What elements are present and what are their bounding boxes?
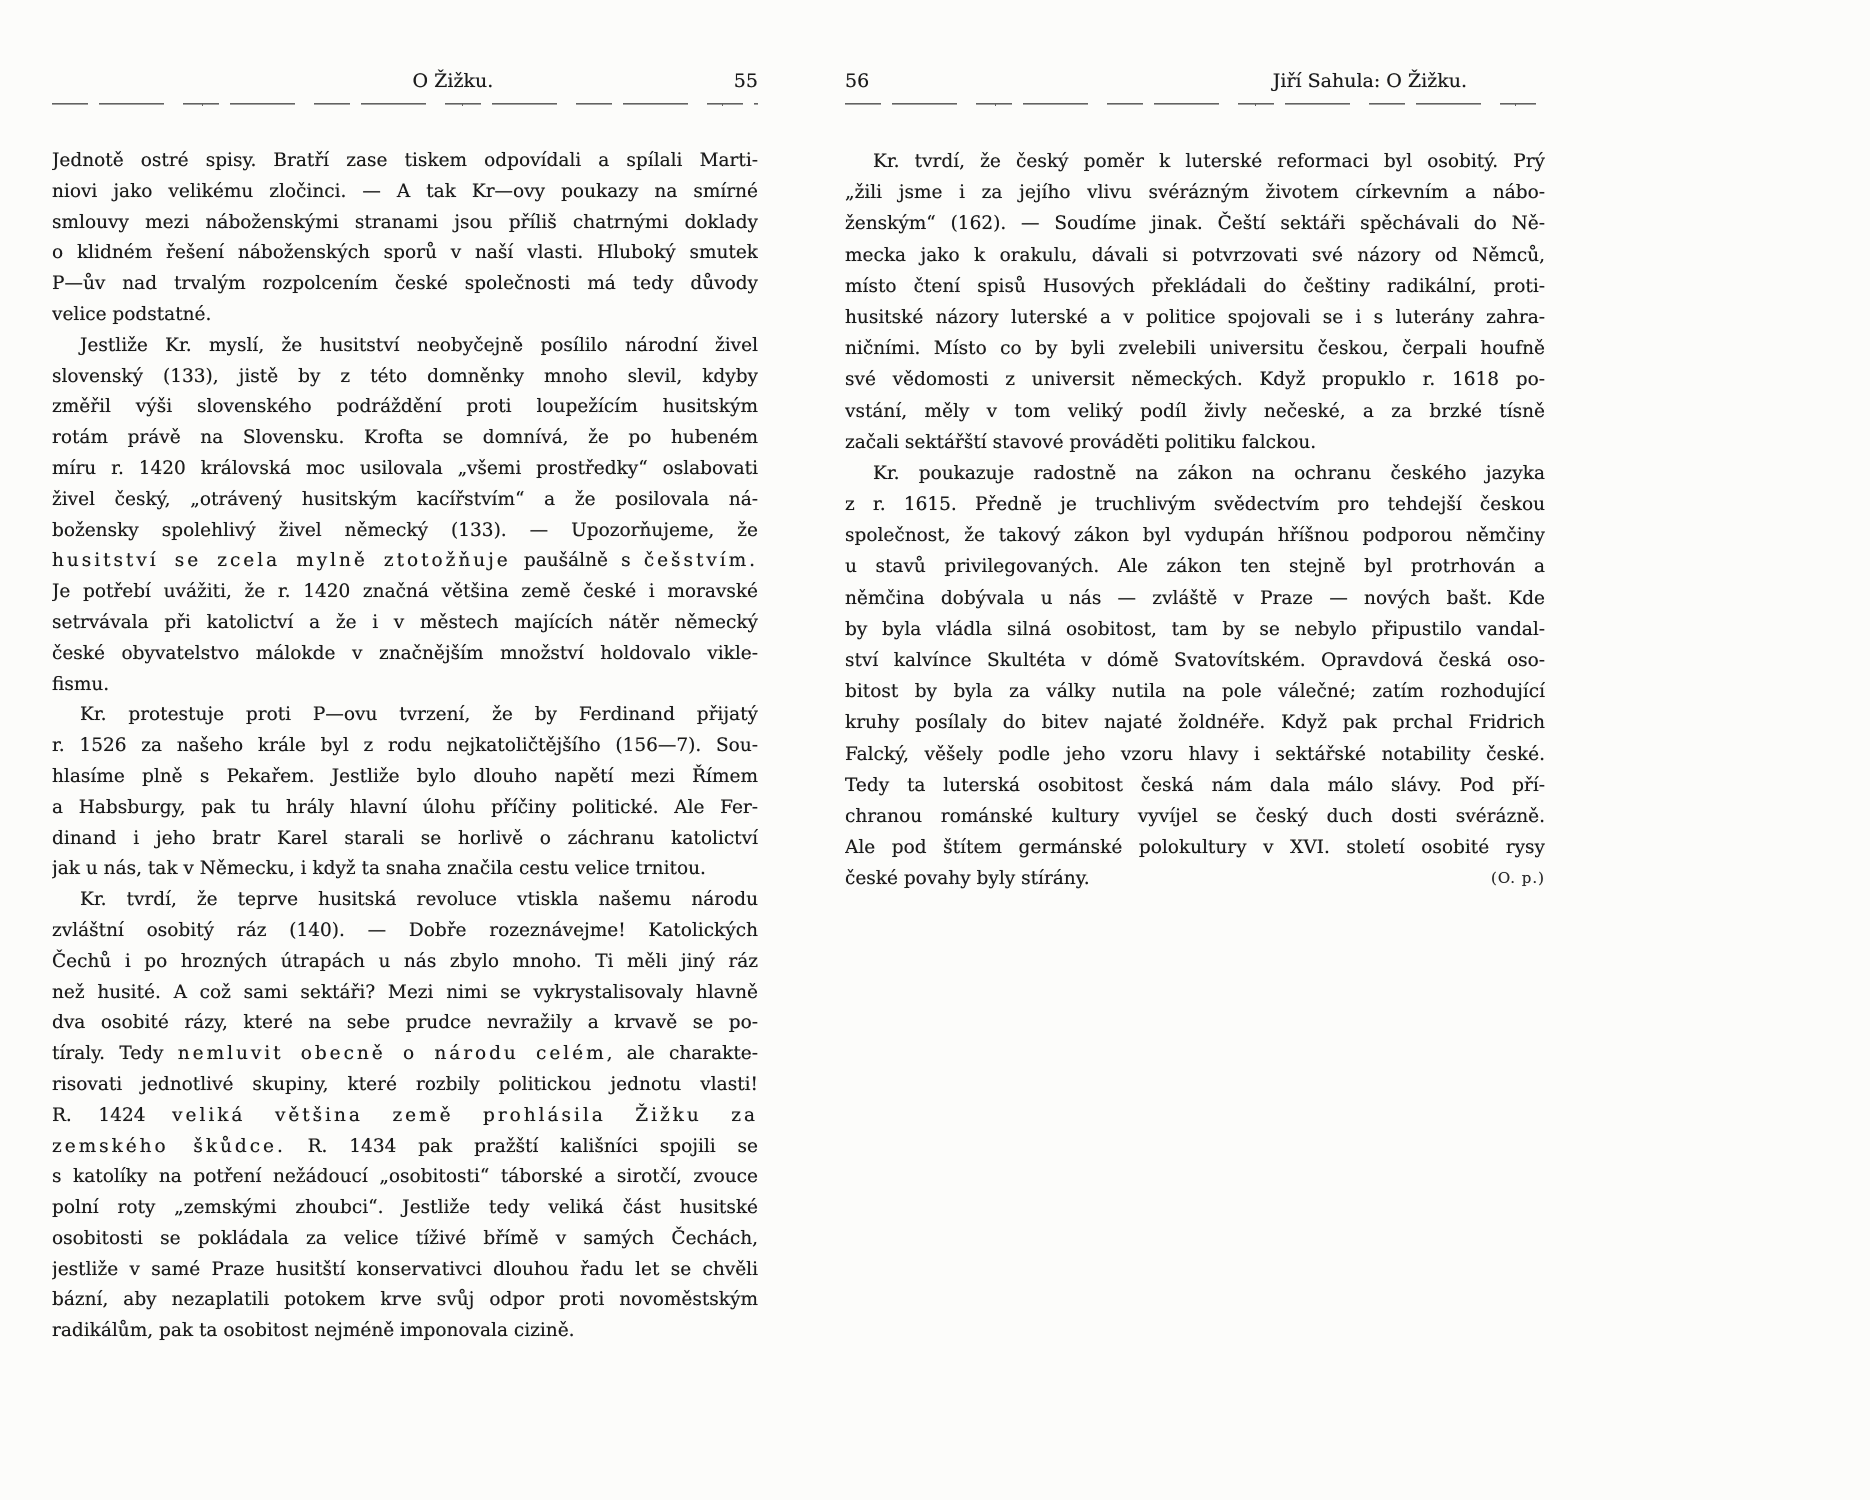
text-segment: smlouvy mezi náboženskými stranami jsou … xyxy=(52,212,758,233)
text-segment: osobitosti se pokládala za velice tíživé… xyxy=(52,1228,758,1249)
text-line: „žili jsme i za jejího vlivu svérázným ž… xyxy=(845,177,1545,208)
text-line: ství kalvínce Skultéta v dómě Svatovítsk… xyxy=(845,645,1545,676)
text-segment: R. 1434 pak pražští kališníci spojili se xyxy=(286,1136,758,1157)
text-line: radikálům, pak ta osobitost nejméně impo… xyxy=(52,1316,758,1347)
letterspaced-text: češstvím. xyxy=(644,550,758,571)
text-line: své vědomosti z universit německých. Kdy… xyxy=(845,364,1545,395)
text-segment: němčina dobývala u nás — zvláště v Praze… xyxy=(845,588,1545,609)
text-line: hlasíme plně s Pekařem. Jestliže bylo dl… xyxy=(52,762,758,793)
text-segment: paušálně s xyxy=(511,550,644,571)
text-segment: své vědomosti z universit německých. Kdy… xyxy=(845,369,1545,390)
text-line: bázní, aby nezaplatili potokem krve svůj… xyxy=(52,1285,758,1316)
text-line: fismu. xyxy=(52,670,758,701)
text-segment: z r. 1615. Předně je truchlivým svědectv… xyxy=(845,494,1545,515)
text-line: němčina dobývala u nás — zvláště v Praze… xyxy=(845,583,1545,614)
text-segment: a Habsburgy, pak tu hrály hlavní úlohu p… xyxy=(52,797,758,818)
text-segment: niovi jako velikému zločinci. — A tak Kr… xyxy=(52,181,758,202)
text-segment: R. 1424 xyxy=(52,1105,172,1126)
text-line: zvláštní osobitý ráz (140). — Dobře roze… xyxy=(52,916,758,947)
text-segment: slovenský (133), jistě by z této domněnk… xyxy=(52,366,758,387)
text-line: risovati jednotlivé skupiny, které rozbi… xyxy=(52,1070,758,1101)
text-line: božensky spolehlivý živel německý (133).… xyxy=(52,516,758,547)
text-segment: kruhy posílaly do bitev najaté žoldnéře.… xyxy=(845,712,1545,733)
text-segment: s katolíky na potření nežádoucí „osobito… xyxy=(52,1166,758,1187)
page-number-right: 56 xyxy=(845,70,869,92)
text-segment: vstání, měly v tom veliký podíl živly ne… xyxy=(845,401,1545,422)
text-line: společnost, že takový zákon byl vydupán … xyxy=(845,520,1545,551)
text-segment: Jestliže Kr. myslí, že husitství neobyče… xyxy=(80,335,758,356)
text-segment: r. 1526 za našeho krále byl z rodu nejka… xyxy=(52,735,758,756)
running-head-title: O Žižku. xyxy=(293,70,494,92)
text-segment: ničními. Místo co by byli zvelebili univ… xyxy=(845,338,1545,359)
text-segment: jestliže v samé Praze husitští konservat… xyxy=(52,1259,758,1280)
text-segment: Falcký, věšely podle jeho vzoru hlavy i … xyxy=(845,744,1545,765)
text-line: z r. 1615. Předně je truchlivým svědectv… xyxy=(845,489,1545,520)
text-line: živel český, „otrávený husitským kacířst… xyxy=(52,485,758,516)
text-segment: husitské názory luterské a v politice sp… xyxy=(845,307,1545,328)
text-line: husitství se zcela mylně ztotožňuje pauš… xyxy=(52,546,758,577)
text-line: osobitosti se pokládala za velice tíživé… xyxy=(52,1224,758,1255)
text-segment: než husité. A což sami sektáři? Mezi nim… xyxy=(52,982,758,1003)
text-line: Jestliže Kr. myslí, že husitství neobyče… xyxy=(52,331,758,362)
header-rule xyxy=(52,103,758,106)
text-line: Čechů i po hrozných útrapách u nás zbylo… xyxy=(52,947,758,978)
text-segment: božensky spolehlivý živel německý (133).… xyxy=(52,520,758,541)
text-segment: Čechů i po hrozných útrapách u nás zbylo… xyxy=(52,951,758,972)
text-line: tíraly. Tedy nemluvit obecně o národu ce… xyxy=(52,1039,758,1070)
text-segment: míru r. 1420 královská moc usilovala „vš… xyxy=(52,458,758,479)
text-segment: začali sektářští stavové prováděti polit… xyxy=(845,432,1316,453)
text-line: začali sektářští stavové prováděti polit… xyxy=(845,427,1545,458)
text-segment: Ale pod štítem germánské polokultury v X… xyxy=(845,837,1545,858)
text-line: Falcký, věšely podle jeho vzoru hlavy i … xyxy=(845,739,1545,770)
text-segment: o klidném řešení náboženských sporů v na… xyxy=(52,242,758,263)
text-line: o klidném řešení náboženských sporů v na… xyxy=(52,238,758,269)
text-line: místo čtení spisů Husových překládali do… xyxy=(845,271,1545,302)
text-segment: hlasíme plně s Pekařem. Jestliže bylo dl… xyxy=(52,766,758,787)
text-line: jestliže v samé Praze husitští konservat… xyxy=(52,1255,758,1286)
text-line: zemského škůdce. R. 1434 pak pražští kal… xyxy=(52,1132,758,1163)
text-line: (O. p.)české povahy byly stírány. xyxy=(845,863,1545,894)
text-line: s katolíky na potření nežádoucí „osobito… xyxy=(52,1162,758,1193)
text-line: husitské názory luterské a v politice sp… xyxy=(845,302,1545,333)
text-line: Kr. protestuje proti P—ovu tvrzení, že b… xyxy=(52,700,758,731)
text-segment: Tedy ta luterská osobitost česká nám dal… xyxy=(845,775,1545,796)
text-segment: Kr. tvrdí, že český poměr k luterské ref… xyxy=(873,151,1545,172)
text-line: u stavů privilegovaných. Ale zákon ten s… xyxy=(845,551,1545,582)
text-line: mecka jako k orakulu, dávali si potvrzov… xyxy=(845,240,1545,271)
text-line: Ale pod štítem germánské polokultury v X… xyxy=(845,832,1545,863)
text-line: Je potřebí uvážiti, že r. 1420 značná vě… xyxy=(52,577,758,608)
text-line: české obyvatelstvo málokde v značnějším … xyxy=(52,639,758,670)
text-segment: , ale charakte- xyxy=(607,1043,758,1064)
text-line: Kr. poukazuje radostně na zákon na ochra… xyxy=(845,458,1545,489)
text-segment: místo čtení spisů Husových překládali do… xyxy=(845,276,1545,297)
letterspaced-text: veliká většina země prohlásila Žižku za xyxy=(172,1105,758,1126)
text-segment: velice podstatné. xyxy=(52,304,211,325)
text-segment: bitost by byla za války nutila na pole v… xyxy=(845,681,1545,702)
text-segment: polní roty „zemskými zhoubci“. Jestliže … xyxy=(52,1197,758,1218)
book-spread: O Žižku. 55 Jednotě ostré spisy. Bratří … xyxy=(0,0,1870,1500)
text-segment: fismu. xyxy=(52,674,109,695)
text-segment: Kr. poukazuje radostně na zákon na ochra… xyxy=(873,463,1545,484)
text-line: než husité. A což sami sektáři? Mezi nim… xyxy=(52,978,758,1009)
text-line: P—ův nad trvalým rozpolcením české spole… xyxy=(52,269,758,300)
text-segment: mecka jako k orakulu, dávali si potvrzov… xyxy=(845,245,1545,266)
left-running-head: O Žižku. 55 xyxy=(52,70,758,98)
text-segment: ženským“ (162). — Soudíme jinak. Čeští s… xyxy=(845,213,1545,234)
running-head-title: Jiří Sahula: O Žižku. xyxy=(1273,70,1545,92)
text-line: smlouvy mezi náboženskými stranami jsou … xyxy=(52,208,758,239)
text-segment: dinand i jeho bratr Karel starali se hor… xyxy=(52,828,758,849)
text-line: niovi jako velikému zločinci. — A tak Kr… xyxy=(52,177,758,208)
text-line: dva osobité rázy, které na sebe prudce n… xyxy=(52,1008,758,1039)
text-segment: změřil výši slovenského podráždění proti… xyxy=(52,396,758,417)
text-line: ženským“ (162). — Soudíme jinak. Čeští s… xyxy=(845,208,1545,239)
text-segment: rotám právě na Slovensku. Krofta se domn… xyxy=(52,427,758,448)
text-segment: Kr. protestuje proti P—ovu tvrzení, že b… xyxy=(80,704,758,725)
text-line: bitost by byla za války nutila na pole v… xyxy=(845,676,1545,707)
text-segment: společnost, že takový zákon byl vydupán … xyxy=(845,525,1545,546)
text-segment: dva osobité rázy, které na sebe prudce n… xyxy=(52,1012,758,1033)
text-segment: české povahy byly stírány. xyxy=(845,868,1090,889)
text-segment: živel český, „otrávený husitským kacířst… xyxy=(52,489,758,510)
letterspaced-text: husitství se zcela mylně ztotožňuje xyxy=(52,550,511,571)
letterspaced-text: nemluvit obecně o národu celém xyxy=(178,1043,607,1064)
text-line: slovenský (133), jistě by z této domněnk… xyxy=(52,362,758,393)
text-line: jak u nás, tak v Německu, i když ta snah… xyxy=(52,854,758,885)
text-segment: setrvávala při katolictví a že i v měste… xyxy=(52,612,758,633)
text-segment: bázní, aby nezaplatili potokem krve svůj… xyxy=(52,1289,758,1310)
text-line: rotám právě na Slovensku. Krofta se domn… xyxy=(52,423,758,454)
text-segment: „žili jsme i za jejího vlivu svérázným ž… xyxy=(845,182,1545,203)
text-segment: by byla vládla silná osobitost, tam by s… xyxy=(845,619,1545,640)
letterspaced-text: zemského škůdce. xyxy=(52,1136,286,1157)
text-segment: české obyvatelstvo málokde v značnějším … xyxy=(52,643,758,664)
right-page-text: Kr. tvrdí, že český poměr k luterské ref… xyxy=(845,146,1545,895)
text-segment: chranou románské kultury vyvíjel se česk… xyxy=(845,806,1545,827)
text-line: velice podstatné. xyxy=(52,300,758,331)
right-page: 56 Jiří Sahula: O Žižku. Kr. tvrdí, že č… xyxy=(845,70,1545,895)
left-page-text: Jednotě ostré spisy. Bratří zase tiskem … xyxy=(52,146,758,1347)
right-running-head: 56 Jiří Sahula: O Žižku. xyxy=(845,70,1545,98)
text-segment: zvláštní osobitý ráz (140). — Dobře roze… xyxy=(52,920,758,941)
text-line: změřil výši slovenského podráždění proti… xyxy=(52,392,758,423)
text-segment: jak u nás, tak v Německu, i když ta snah… xyxy=(52,858,706,879)
text-line: r. 1526 za našeho krále byl z rodu nejka… xyxy=(52,731,758,762)
text-line: polní roty „zemskými zhoubci“. Jestliže … xyxy=(52,1193,758,1224)
text-line: setrvávala při katolictví a že i v měste… xyxy=(52,608,758,639)
text-line: chranou románské kultury vyvíjel se česk… xyxy=(845,801,1545,832)
text-segment: radikálům, pak ta osobitost nejméně impo… xyxy=(52,1320,575,1341)
text-line: míru r. 1420 královská moc usilovala „vš… xyxy=(52,454,758,485)
text-segment: P—ův nad trvalým rozpolcením české spole… xyxy=(52,273,758,294)
text-segment: ství kalvínce Skultéta v dómě Svatovítsk… xyxy=(845,650,1545,671)
text-line: Kr. tvrdí, že teprve husitská revoluce v… xyxy=(52,885,758,916)
header-rule xyxy=(845,103,1545,106)
text-line: Tedy ta luterská osobitost česká nám dal… xyxy=(845,770,1545,801)
text-line: Kr. tvrdí, že český poměr k luterské ref… xyxy=(845,146,1545,177)
text-line: kruhy posílaly do bitev najaté žoldnéře.… xyxy=(845,707,1545,738)
text-line: dinand i jeho bratr Karel starali se hor… xyxy=(52,824,758,855)
text-line: by byla vládla silná osobitost, tam by s… xyxy=(845,614,1545,645)
page-number-left: 55 xyxy=(734,70,758,92)
text-segment: risovati jednotlivé skupiny, které rozbi… xyxy=(52,1074,758,1095)
author-initials-note: (O. p.) xyxy=(1491,863,1545,894)
text-line: Jednotě ostré spisy. Bratří zase tiskem … xyxy=(52,146,758,177)
text-segment: Kr. tvrdí, že teprve husitská revoluce v… xyxy=(80,889,758,910)
text-line: vstání, měly v tom veliký podíl živly ne… xyxy=(845,396,1545,427)
left-page: O Žižku. 55 Jednotě ostré spisy. Bratří … xyxy=(52,70,758,1347)
text-segment: Jednotě ostré spisy. Bratří zase tiskem … xyxy=(52,150,758,171)
text-line: R. 1424 veliká většina země prohlásila Ž… xyxy=(52,1101,758,1132)
text-segment: u stavů privilegovaných. Ale zákon ten s… xyxy=(845,556,1545,577)
text-line: a Habsburgy, pak tu hrály hlavní úlohu p… xyxy=(52,793,758,824)
text-segment: Je potřebí uvážiti, že r. 1420 značná vě… xyxy=(52,581,758,602)
text-line: ničními. Místo co by byli zvelebili univ… xyxy=(845,333,1545,364)
text-segment: tíraly. Tedy xyxy=(52,1043,178,1064)
